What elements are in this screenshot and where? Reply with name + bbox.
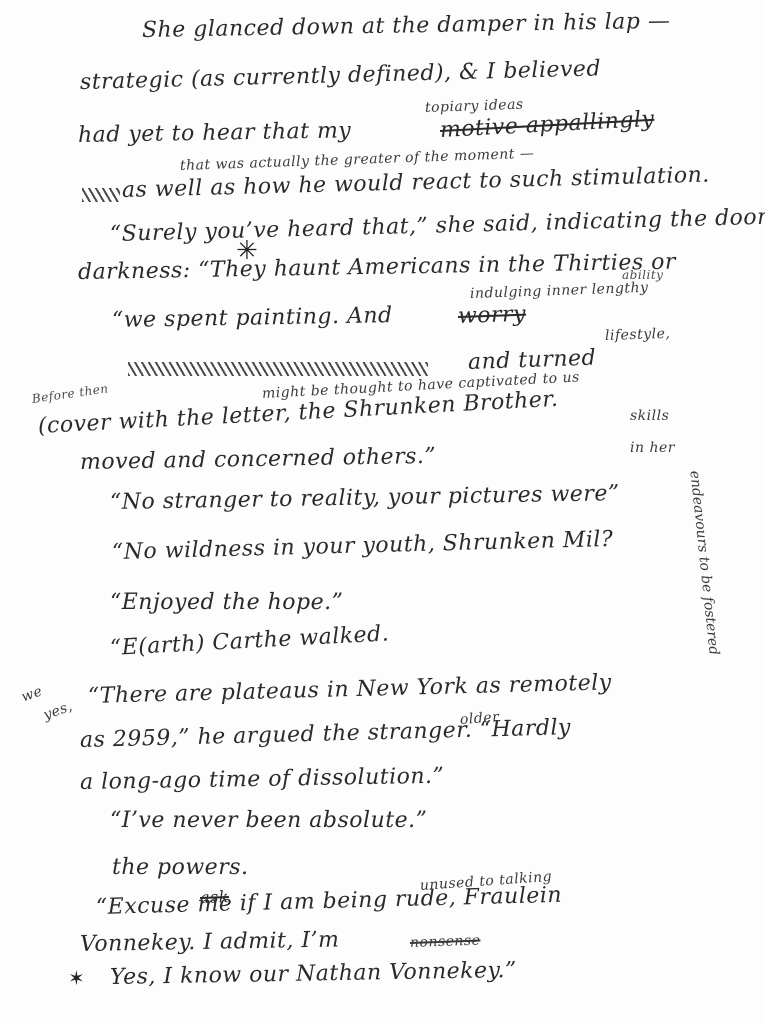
margin-note-left: Before then: [31, 381, 109, 406]
manuscript-line: “I’ve never been absolute.”: [110, 808, 427, 833]
manuscript-line: darkness: “They haunt Americans in the T…: [78, 250, 676, 285]
manuscript-line: “Surely you’ve heard that,” she said, in…: [110, 205, 765, 247]
manuscript-line: Vonnekey. I admit, I’m: [80, 927, 340, 957]
scribble-out: [82, 188, 120, 202]
manuscript-line: “E(arth) Carthe walked.: [109, 621, 389, 661]
manuscript-line: strategic (as currently defined), & I be…: [80, 56, 602, 95]
manuscript-line: had yet to hear that my: [78, 118, 352, 148]
struck-text: worry: [458, 302, 527, 329]
margin-note-right: in her: [630, 440, 675, 456]
manuscript-line: “No stranger to reality, your pictures w…: [110, 481, 620, 515]
manuscript-line: Yes, I know our Nathan Vonnekey.”: [110, 958, 517, 990]
struck-text: nonsense: [410, 933, 481, 951]
manuscript-line: She glanced down at the damper in his la…: [142, 9, 671, 43]
struck-text: ask: [200, 887, 230, 907]
manuscript-page: She glanced down at the damper in his la…: [0, 0, 765, 1023]
manuscript-line: “There are plateaus in New York as remot…: [88, 670, 612, 709]
asterisk-mark: ✶: [68, 966, 85, 990]
interlinear-insert: topiary ideas: [425, 97, 524, 116]
margin-note-right: ability: [622, 268, 663, 282]
margin-note-vertical: endeavours to be fostered: [686, 470, 729, 730]
manuscript-line: as 2959,” he argued the stranger. “Hardl…: [80, 715, 572, 753]
manuscript-line: the powers.: [112, 855, 249, 880]
manuscript-line: “we spent painting. And: [112, 303, 393, 333]
margin-note-right: skills: [630, 408, 669, 424]
margin-note-right: indulging inner lengthy: [470, 280, 649, 302]
margin-note-right: lifestyle,: [605, 326, 671, 344]
manuscript-line: “Enjoyed the hope.”: [110, 590, 343, 615]
manuscript-line: “No wildness in your youth, Shrunken Mil…: [112, 527, 614, 565]
manuscript-line: moved and concerned others.”: [80, 444, 437, 475]
margin-note-left: yes,: [41, 698, 75, 723]
manuscript-line: a long-ago time of dissolution.”: [80, 764, 445, 795]
margin-note-left: we: [19, 683, 44, 705]
